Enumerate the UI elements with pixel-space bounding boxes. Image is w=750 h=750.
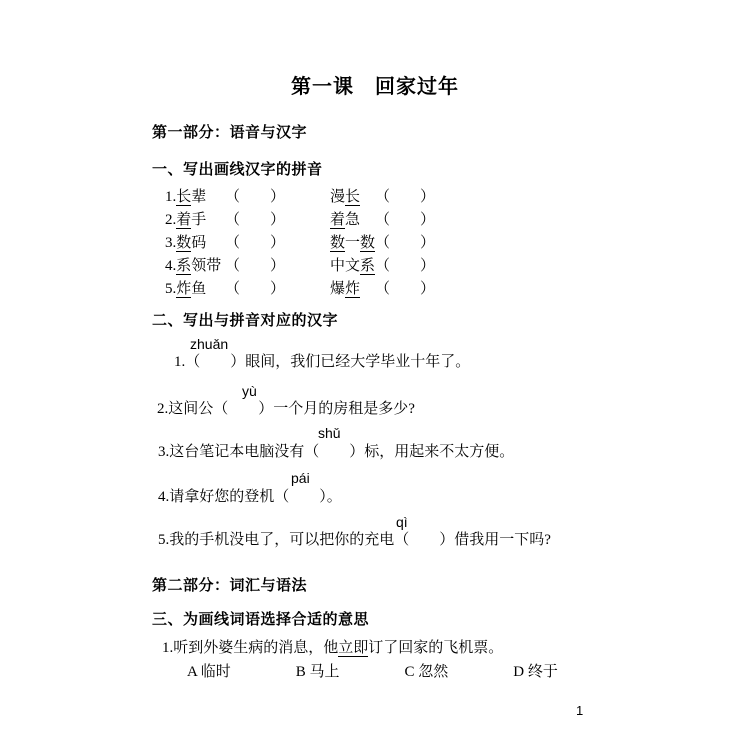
fill-sentence-1: 1.（ ）眼间，我们已经大学毕业十年了。 bbox=[174, 352, 470, 372]
word-left: 2.着手 bbox=[165, 209, 225, 232]
options-row: A 临时 B 马上 C 忽然 D 终于 bbox=[187, 660, 618, 681]
underlined-char: 炸 bbox=[176, 281, 191, 298]
fill-sentence-3: 3.这台笔记本电脑没有（ ）标，用起来不太方便。 bbox=[158, 442, 514, 462]
item-number: 4. bbox=[165, 258, 176, 274]
pinyin-exercise-table: 1.长辈 （ ） 漫长 （ ） 2.着手 （ ） 着急 （ ） 3.数码 （ ）… bbox=[165, 186, 435, 301]
word-rest: 码 bbox=[191, 235, 206, 251]
item-number: 2. bbox=[165, 212, 176, 228]
option-a: A 临时 bbox=[187, 660, 292, 681]
worksheet-page: 第一课 回家过年 第一部分：语音与汉字 一、写出画线汉字的拼音 1.长辈 （ ）… bbox=[0, 0, 750, 750]
option-d: D 终于 bbox=[513, 660, 618, 681]
item-number: 1. bbox=[165, 189, 176, 205]
pinyin-hint-3: shǔ bbox=[318, 425, 341, 441]
answer-blank: （ ） bbox=[225, 278, 330, 301]
word-rest: 漫 bbox=[330, 189, 345, 205]
underlined-char: 系 bbox=[176, 258, 191, 275]
pinyin-hint-5: qì bbox=[396, 514, 408, 530]
part1-heading: 第一部分：语音与汉字 bbox=[152, 121, 307, 142]
word-left: 4.系领带 bbox=[165, 255, 225, 278]
answer-blank: （ ） bbox=[225, 255, 330, 278]
page-number: 1 bbox=[576, 703, 583, 718]
answer-blank: （ ） bbox=[375, 232, 435, 255]
pinyin-row-4: 4.系领带 （ ） 中文系 （ ） bbox=[165, 255, 435, 278]
underlined-char: 系 bbox=[360, 258, 375, 275]
pinyin-row-1: 1.长辈 （ ） 漫长 （ ） bbox=[165, 186, 435, 209]
answer-blank: （ ） bbox=[225, 232, 330, 255]
word-rest: 中文 bbox=[330, 258, 360, 274]
answer-blank: （ ） bbox=[375, 209, 435, 232]
page-title: 第一课 回家过年 bbox=[0, 70, 750, 99]
answer-blank: （ ） bbox=[225, 209, 330, 232]
word-right: 漫长 bbox=[330, 186, 375, 209]
pinyin-row-2: 2.着手 （ ） 着急 （ ） bbox=[165, 209, 435, 232]
question-text: 1.听到外婆生病的消息，他 bbox=[162, 640, 338, 656]
underlined-char: 长 bbox=[176, 189, 191, 206]
word-rest: 急 bbox=[345, 212, 360, 228]
word-left: 5.炸鱼 bbox=[165, 278, 225, 301]
underlined-word: 立即 bbox=[338, 640, 368, 657]
underlined-char: 长 bbox=[345, 189, 360, 206]
word-left: 1.长辈 bbox=[165, 186, 225, 209]
item-number: 3. bbox=[165, 235, 176, 251]
answer-blank: （ ） bbox=[225, 186, 330, 209]
section1-heading: 一、写出画线汉字的拼音 bbox=[152, 158, 323, 179]
pinyin-row-5: 5.炸鱼 （ ） 爆炸 （ ） bbox=[165, 278, 435, 301]
fill-sentence-4: 4.请拿好您的登机（ ）。 bbox=[158, 487, 342, 507]
answer-blank: （ ） bbox=[375, 278, 435, 301]
fill-sentence-2: 2.这间公（ ）一个月的房租是多少? bbox=[157, 399, 415, 419]
word-rest: 鱼 bbox=[191, 281, 206, 297]
pinyin-hint-4: pái bbox=[291, 470, 310, 486]
answer-blank: （ ） bbox=[375, 255, 435, 278]
word-rest: 辈 bbox=[191, 189, 206, 205]
word-rest: 一 bbox=[345, 235, 360, 251]
pinyin-row-3: 3.数码 （ ） 数一数 （ ） bbox=[165, 232, 435, 255]
question-text: 订了回家的飞机票。 bbox=[368, 640, 503, 656]
word-rest: 爆 bbox=[330, 281, 345, 297]
answer-blank: （ ） bbox=[375, 186, 435, 209]
underlined-char: 数 bbox=[330, 235, 345, 252]
pinyin-hint-2: yù bbox=[242, 383, 257, 399]
word-right: 中文系 bbox=[330, 255, 375, 278]
pinyin-hint-1: zhuǎn bbox=[190, 336, 228, 352]
word-rest: 领带 bbox=[191, 258, 221, 274]
section2-heading: 二、写出与拼音对应的汉字 bbox=[152, 309, 338, 330]
option-c: C 忽然 bbox=[405, 660, 510, 681]
item-number: 5. bbox=[165, 281, 176, 297]
underlined-char: 着 bbox=[330, 212, 345, 229]
word-right: 数一数 bbox=[330, 232, 375, 255]
word-left: 3.数码 bbox=[165, 232, 225, 255]
section3-heading: 三、为画线词语选择合适的意思 bbox=[152, 608, 369, 629]
word-right: 着急 bbox=[330, 209, 375, 232]
underlined-char: 炸 bbox=[345, 281, 360, 298]
part2-heading: 第二部分：词汇与语法 bbox=[152, 574, 307, 595]
underlined-char: 数 bbox=[360, 235, 375, 252]
question-1: 1.听到外婆生病的消息，他立即订了回家的飞机票。 bbox=[162, 638, 503, 658]
option-b: B 马上 bbox=[296, 660, 401, 681]
underlined-char: 着 bbox=[176, 212, 191, 229]
fill-sentence-5: 5.我的手机没电了，可以把你的充电（ ）借我用一下吗? bbox=[158, 530, 551, 550]
word-rest: 手 bbox=[191, 212, 206, 228]
word-right: 爆炸 bbox=[330, 278, 375, 301]
underlined-char: 数 bbox=[176, 235, 191, 252]
